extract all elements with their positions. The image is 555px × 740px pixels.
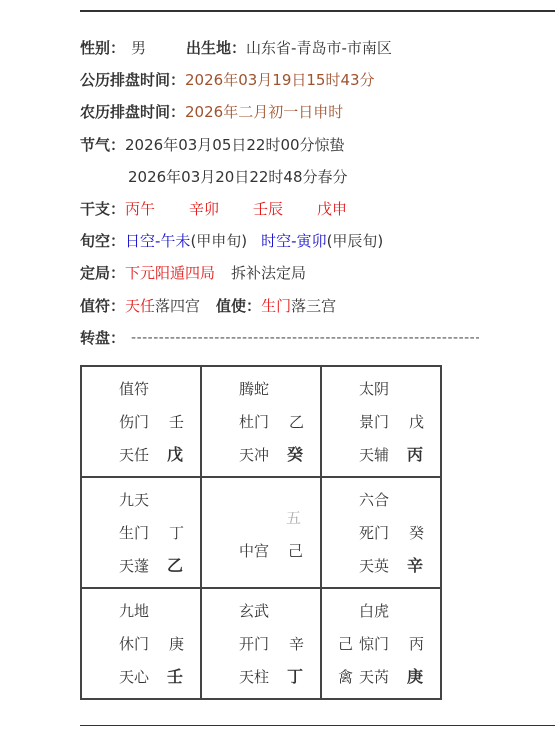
door-name: 伤门 — [119, 412, 149, 432]
door-name: 景门 — [359, 412, 389, 432]
star-name: 天芮 — [359, 667, 389, 687]
palace-cell: 六合 死门 癸 天英 辛 — [321, 477, 441, 588]
xunkong-row: 旬空： 日空-午未 (甲申旬) 时空-寅卯 (甲辰旬) — [80, 225, 555, 257]
palace-cell: 九天 生门 丁 天蓬 乙 — [81, 477, 201, 588]
solar-time-row: 公历排盘时间： 2026年03月19日15时43分 — [80, 64, 555, 96]
grid-row-bottom: 九地 休门 庚 天心 壬 玄武 开门 辛 天柱 丁 白虎 己 惊门 丙 禽 — [81, 588, 441, 699]
door-stem: 壬 — [169, 412, 184, 432]
jieqi-label: 节气： — [80, 129, 125, 161]
star-name: 天辅 — [359, 445, 389, 465]
earth-stem: 辛 — [407, 556, 423, 576]
ganzhi-year: 丙午 — [125, 193, 189, 225]
zhishi-palace: 落三宫 — [291, 290, 336, 322]
palace-cell: 腾蛇 杜门 乙 天冲 癸 — [201, 366, 321, 477]
top-divider — [80, 10, 555, 12]
star-name: 天柱 — [239, 667, 269, 687]
god-name: 六合 — [359, 490, 389, 510]
door-prefix-stem: 己 — [338, 634, 353, 654]
zhifu-star: 天任 — [125, 290, 155, 322]
center-number: 五 — [286, 508, 301, 528]
door-stem: 癸 — [409, 523, 424, 543]
god-name: 白虎 — [359, 601, 389, 621]
grid-row-top: 值符 伤门 壬 天任 戊 腾蛇 杜门 乙 天冲 癸 太阴 景门 戊 天辅 丙 — [81, 366, 441, 477]
zhishi-door: 生门 — [261, 290, 291, 322]
star-name: 天心 — [119, 667, 149, 687]
birthplace-value: 山东省-青岛市-市南区 — [246, 32, 392, 64]
zhishi-label: 值使： — [216, 290, 261, 322]
grid-row-middle: 九天 生门 丁 天蓬 乙 五 中宫 己 六合 死门 癸 天英 辛 — [81, 477, 441, 588]
door-stem: 乙 — [289, 412, 304, 432]
center-palace-cell: 五 中宫 己 — [201, 477, 321, 588]
door-stem: 辛 — [289, 634, 304, 654]
ganzhi-label: 干支： — [80, 193, 125, 225]
gender-value: 男 — [131, 32, 146, 64]
zhuanpan-dashes: ----------------------------------------… — [131, 322, 479, 354]
dingju-method: 拆补法定局 — [231, 257, 306, 289]
god-name: 值符 — [119, 379, 149, 399]
star-name: 天冲 — [239, 445, 269, 465]
lunar-time-label: 农历排盘时间： — [80, 96, 185, 128]
zhifu-zhishi-row: 值符： 天任 落四宫 值使： 生门 落三宫 — [80, 290, 555, 322]
god-name: 腾蛇 — [239, 379, 269, 399]
center-stem: 己 — [288, 541, 303, 561]
palace-cell: 九地 休门 庚 天心 壬 — [81, 588, 201, 699]
lunar-time-row: 农历排盘时间： 2026年二月初一日申时 — [80, 96, 555, 128]
ganzhi-hour: 戊申 — [317, 193, 381, 225]
earth-stem: 乙 — [167, 556, 183, 576]
jieqi-value-1: 2026年03月05日22时00分惊蛰 — [125, 129, 345, 161]
door-name: 惊门 — [359, 634, 389, 654]
xunkong-label: 旬空： — [80, 225, 125, 257]
door-name: 死门 — [359, 523, 389, 543]
god-name: 玄武 — [239, 601, 269, 621]
star-name: 天蓬 — [119, 556, 149, 576]
solar-time-label: 公历排盘时间： — [80, 64, 185, 96]
jieqi-value-2: 2026年03月20日22时48分春分 — [128, 161, 348, 193]
god-name: 九地 — [119, 601, 149, 621]
star-prefix: 禽 — [338, 667, 353, 687]
dingju-row: 定局： 下元阳遁四局 拆补法定局 — [80, 257, 555, 289]
xunkong-day: 日空-午未 — [125, 225, 190, 257]
door-name: 生门 — [119, 523, 149, 543]
door-name: 杜门 — [239, 412, 269, 432]
door-name: 开门 — [239, 634, 269, 654]
star-name: 天任 — [119, 445, 149, 465]
earth-stem: 戊 — [167, 445, 183, 465]
qimen-grid: 值符 伤门 壬 天任 戊 腾蛇 杜门 乙 天冲 癸 太阴 景门 戊 天辅 丙 — [80, 365, 442, 700]
center-label: 中宫 — [239, 541, 269, 561]
zhuanpan-row: 转盘： ------------------------------------… — [80, 322, 555, 354]
birthplace-label: 出生地： — [186, 32, 246, 64]
palace-cell: 玄武 开门 辛 天柱 丁 — [201, 588, 321, 699]
xunkong-day-xun: (甲申旬) — [190, 225, 247, 257]
bottom-divider — [80, 725, 555, 726]
chart-info: 性别： 男 出生地： 山东省-青岛市-市南区 公历排盘时间： 2026年03月1… — [80, 32, 555, 354]
ganzhi-row: 干支： 丙午 辛卯 壬辰 戊申 — [80, 193, 555, 225]
gender-birthplace-row: 性别： 男 出生地： 山东省-青岛市-市南区 — [80, 32, 555, 64]
door-stem: 丁 — [169, 523, 184, 543]
jieqi-row: 节气： 2026年03月05日22时00分惊蛰 — [80, 129, 555, 161]
xunkong-hour-xun: (甲辰旬) — [327, 225, 384, 257]
solar-time-value: 2026年03月19日15时43分 — [185, 64, 375, 96]
god-name: 九天 — [119, 490, 149, 510]
door-stem: 丙 — [409, 634, 424, 654]
earth-stem: 癸 — [287, 445, 303, 465]
door-stem: 庚 — [169, 634, 184, 654]
palace-cell: 太阴 景门 戊 天辅 丙 — [321, 366, 441, 477]
ganzhi-day: 壬辰 — [253, 193, 317, 225]
xunkong-hour: 时空-寅卯 — [261, 225, 326, 257]
dingju-value: 下元阳遁四局 — [125, 257, 215, 289]
star-name: 天英 — [359, 556, 389, 576]
gender-label: 性别： — [80, 32, 125, 64]
earth-stem: 丙 — [407, 445, 423, 465]
zhifu-label: 值符： — [80, 290, 125, 322]
palace-cell: 值符 伤门 壬 天任 戊 — [81, 366, 201, 477]
lunar-time-value: 2026年二月初一日申时 — [185, 96, 343, 128]
zhuanpan-label: 转盘： — [80, 322, 125, 354]
earth-stem: 庚 — [407, 667, 423, 687]
earth-stem: 丁 — [287, 667, 303, 687]
door-stem: 戊 — [409, 412, 424, 432]
door-name: 休门 — [119, 634, 149, 654]
god-name: 太阴 — [359, 379, 389, 399]
zhifu-palace: 落四宫 — [155, 290, 200, 322]
earth-stem: 壬 — [167, 667, 183, 687]
ganzhi-month: 辛卯 — [189, 193, 253, 225]
palace-cell: 白虎 己 惊门 丙 禽 天芮 庚 — [321, 588, 441, 699]
dingju-label: 定局： — [80, 257, 125, 289]
jieqi-row-2: 2026年03月20日22时48分春分 — [80, 161, 555, 193]
